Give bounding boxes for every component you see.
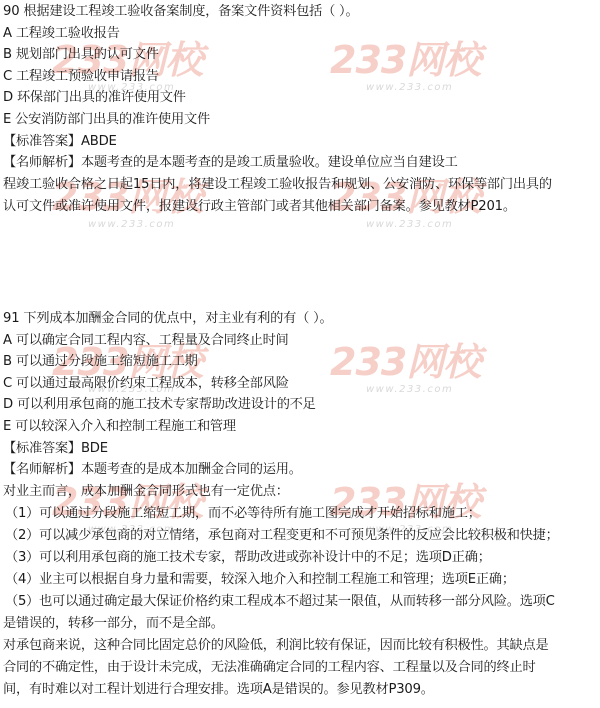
analysis-text: 对承包商来说，这种合同比固定总价的风险低，利润比较有保证，因而比较有积极性。其缺…: [3, 638, 548, 654]
analysis-text: 对业主而言，成本加酬金合同形式也有一定优点：: [3, 484, 289, 500]
analysis: 【名师解析】本题考查的是本题考查的是竣工质量验收。建设单位应当自建设工: [3, 155, 458, 171]
watermark: 233网校 www.233.com: [330, 340, 500, 400]
option-c: C 可以通过最高限价约束工程成本，转移全部风险: [3, 376, 289, 392]
analysis-point-5: （5）也可以通过确定最大保证价格约束工程成本不超过某一限值，从而转移一部分风险。…: [5, 594, 555, 610]
analysis-text: 间，有时难以对工程计划进行合理安排。选项A是错误的。参见教材P309。: [3, 682, 434, 698]
analysis-label: 【名师解析】: [3, 155, 81, 170]
question-stem: 91 下列成本加酬金合同的优点中，对主业有利的有（ ）。: [3, 311, 332, 327]
analysis-point-1: （1）可以通过分段施工缩短工期，而不必等待所有施工图完成才开始招标和施工；: [5, 506, 481, 522]
answer-label: 【标准答案】: [3, 134, 81, 149]
analysis-text: 本题考查的是成本加酬金合同的运用。: [81, 462, 302, 477]
option-b: B 规划部门出具的认可文件: [3, 47, 159, 63]
analysis-text: 合同的不确定性，由于设计未完成，无法准确确定合同的工程内容、工程量以及合同的终止…: [3, 660, 535, 676]
analysis-text: 认可文件或准许使用文件，报建设行政主管部门或者其他相关部门备案。参见教材P201…: [3, 199, 516, 215]
analysis-text: 程竣工验收合格之日起15日内，将建设工程竣工验收报告和规划、公安消防、环保等部门…: [3, 177, 552, 193]
question-stem: 90 根据建设工程竣工验收备案制度，备案文件资料包括（ ）。: [3, 4, 358, 20]
watermark-url: www.233.com: [366, 219, 453, 230]
watermark-logo: 233网校: [330, 340, 480, 384]
option-a: A 可以确定合同工程内容、工程量及合同终止时间: [3, 333, 289, 349]
answer-label: 【标准答案】: [3, 441, 81, 456]
analysis-text: 是错误的，转移一部分，而不是全部。: [3, 616, 224, 632]
option-c: C 工程竣工预验收申请报告: [3, 69, 159, 85]
option-d: D 可以利用承包商的施工技术专家帮助改进设计的不足: [3, 397, 316, 413]
option-b: B 可以通过分段施工缩短施工工期: [3, 354, 198, 370]
option-d: D 环保部门出具的准许使用文件: [3, 90, 186, 106]
answer-value: ABDE: [81, 134, 117, 149]
analysis-label: 【名师解析】: [3, 462, 81, 477]
standard-answer: 【标准答案】ABDE: [3, 134, 117, 150]
watermark: 233网校 www.233.com: [330, 38, 500, 98]
analysis-point-2: （2）可以减少承包商的对立情绪，承包商对工程变更和不可预见条件的反应会比较积极和…: [5, 528, 559, 544]
watermark-url: www.233.com: [366, 82, 453, 93]
standard-answer: 【标准答案】BDE: [3, 441, 108, 457]
option-a: A 工程竣工验收报告: [3, 26, 120, 42]
analysis-text: 本题考查的是本题考查的是竣工质量验收。建设单位应当自建设工: [81, 155, 458, 170]
option-e: E 公安消防部门出具的准许使用文件: [3, 112, 210, 128]
analysis: 【名师解析】本题考查的是成本加酬金合同的运用。: [3, 462, 302, 478]
analysis-point-3: （3）可以利用承包商的施工技术专家，帮助改进或弥补设计中的不足；选项D正确；: [5, 550, 491, 566]
watermark-url: www.233.com: [366, 384, 453, 395]
watermark-logo: 233网校: [330, 38, 480, 82]
option-e: E 可以较深入介入和控制工程施工和管理: [3, 419, 236, 435]
watermark-url: www.233.com: [88, 219, 175, 230]
analysis-point-4: （4）业主可以根据自身力量和需要，较深入地介入和控制工程施工和管理；选项E正确；: [5, 572, 515, 588]
answer-value: BDE: [81, 441, 108, 456]
